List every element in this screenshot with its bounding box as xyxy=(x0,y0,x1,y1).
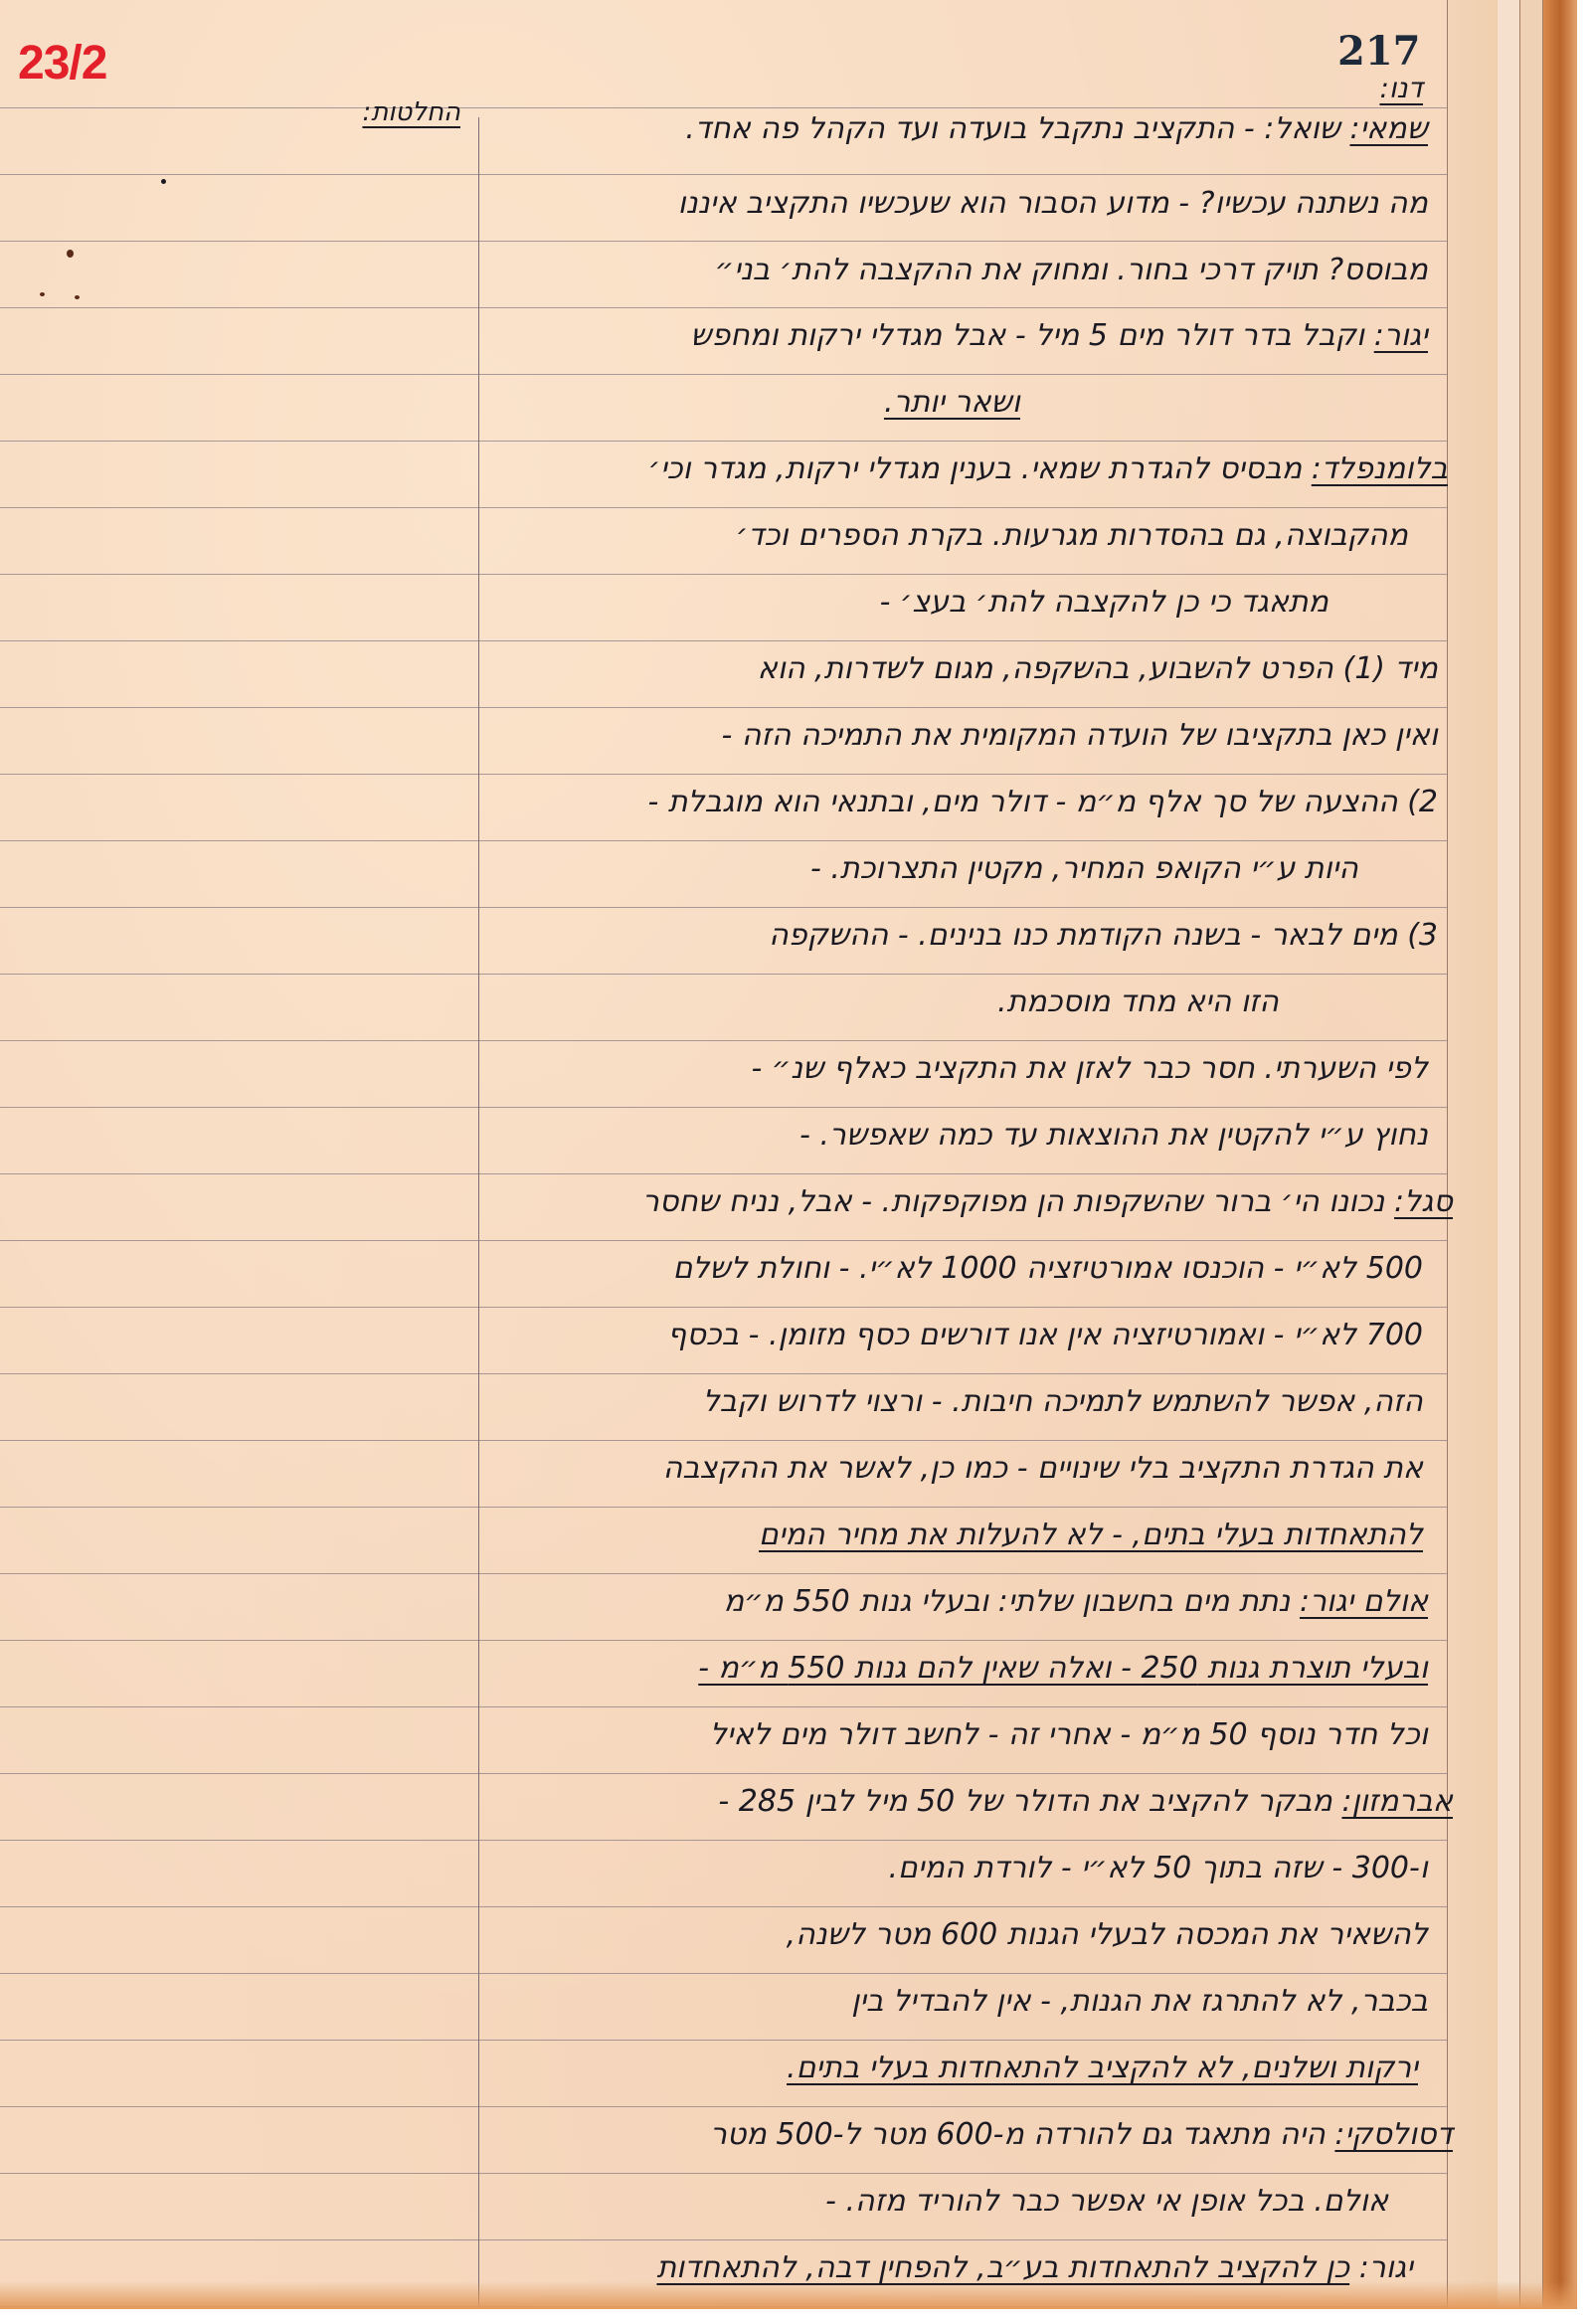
minutes-line: 2) ההצעה של סך אלף מ״מ - דולר מים, ובתנא… xyxy=(648,788,1438,817)
minutes-line: את הגדרת התקציב בלי שינויים - כמו כן, לא… xyxy=(663,1454,1423,1484)
minutes-line: מתאגד כי כן להקצבה להת׳ בעצ׳ - xyxy=(880,588,1328,618)
ruled-line xyxy=(0,307,1447,308)
speaker-name: יגור: xyxy=(1374,318,1428,353)
ruled-line xyxy=(0,707,1447,708)
speaker-name: יגור: xyxy=(1359,2250,1413,2285)
ruled-line xyxy=(0,1573,1447,1574)
ruled-line xyxy=(0,441,1447,442)
line-text: היה מתאגד גם להורדה מ-600 מטר ל-500 מטר xyxy=(710,2117,1326,2152)
ink-spot xyxy=(67,250,74,258)
minutes-line: ושאר יותר. xyxy=(884,388,1020,418)
line-text: 700 לא״י - ואמורטיזציה אין אנו דורשים כס… xyxy=(667,1318,1423,1352)
line-text: 500 לא״י - הוכנסו אמורטיזציה 1000 לא״י. … xyxy=(673,1251,1423,1286)
speaker-name: אולם יגור: xyxy=(1300,1584,1428,1619)
line-text: 2) ההצעה של סך אלף מ״מ - דולר מים, ובתנא… xyxy=(648,785,1438,819)
speaker-name: בלומנפלד: xyxy=(1312,451,1448,486)
speaker-name: דסולסקי: xyxy=(1334,2117,1453,2152)
ruled-line xyxy=(0,1773,1447,1774)
minutes-line: אולם יגור: נתת מים בחשבון שלתי: ובעלי גנ… xyxy=(724,1587,1428,1617)
minutes-line: 3) מים לבאר - בשנה הקודמת כנו בנינים. - … xyxy=(769,921,1438,951)
line-text: היות ע״י הקואפ המחיר, מקטין התצרוכת. - xyxy=(810,851,1358,886)
binding-strip xyxy=(1447,0,1499,2309)
line-text: הזו היא מחד מוסכמת. xyxy=(997,984,1279,1019)
line-text: נתת מים בחשבון שלתי: ובעלי גנות 550 מ״מ xyxy=(724,1584,1291,1619)
ruled-line xyxy=(0,840,1447,841)
line-text: ו-300 - שזה בתוך 50 לא״י - לורדת המים. xyxy=(888,1851,1428,1885)
minutes-line: להתאחדות בעלי בתים, - לא להעלות את מחיר … xyxy=(759,1520,1423,1550)
margin-line xyxy=(478,117,479,2309)
page-bottom-edge xyxy=(0,2281,1577,2309)
line-text: מבקר להקציב את הדולר של 50 מיל לבין 285 … xyxy=(718,1784,1331,1819)
minutes-line: 500 לא״י - הוכנסו אמורטיזציה 1000 לא״י. … xyxy=(673,1254,1423,1284)
line-text: וקבל בדר דולר מים 5 מיל - אבל מגדלי ירקו… xyxy=(690,318,1364,353)
line-text: את הגדרת התקציב בלי שינויים - כמו כן, לא… xyxy=(663,1451,1423,1486)
ruled-line xyxy=(0,1906,1447,1907)
minutes-line: מה נשתנה עכשיו? - מדוע הסבור הוא שעכשיו … xyxy=(678,189,1428,219)
line-text: נחוץ ע״י להקטין את ההוצאות עד כמה שאפשר.… xyxy=(799,1118,1428,1153)
minutes-line: דסולסקי: היה מתאגד גם להורדה מ-600 מטר ל… xyxy=(710,2120,1453,2150)
line-text: בכבר, לא להתרגז את הגנות, - אין להבדיל ב… xyxy=(851,1984,1428,2019)
minutes-line: ואין כאן בתקציבו של הועדה המקומית את התמ… xyxy=(721,721,1438,751)
ink-spot xyxy=(161,179,166,184)
notebook-page: 23/2 217 דנו: החלטות: שמאי: שואל: - התקצ… xyxy=(0,0,1577,2309)
minutes-line: יגור: וקבל בדר דולר מים 5 מיל - אבל מגדל… xyxy=(690,321,1428,351)
ruled-line xyxy=(0,241,1447,242)
minutes-line: מהקבוצה, גם בהסדרות מגרעות. בקרת הספרים … xyxy=(736,521,1408,551)
minutes-line: יגור: כן להקציב להתאחדות בע״ב, להפחין דב… xyxy=(656,2253,1413,2283)
ruled-line xyxy=(0,1440,1447,1441)
ruled-line xyxy=(0,1240,1447,1241)
line-text: מתאגד כי כן להקצבה להת׳ בעצ׳ - xyxy=(880,585,1328,620)
minutes-line: בכבר, לא להתרגז את הגנות, - אין להבדיל ב… xyxy=(851,1987,1428,2017)
ruled-line xyxy=(0,1973,1447,1974)
minutes-line: ובעלי תוצרת גנות 250 - ואלה שאין להם גנו… xyxy=(698,1654,1428,1684)
line-text: לפי השערתי. חסר כבר לאזן את התקציב כאלף … xyxy=(752,1051,1428,1086)
ruled-line xyxy=(0,174,1447,175)
line-text: מהקבוצה, גם בהסדרות מגרעות. בקרת הספרים … xyxy=(736,518,1408,553)
minutes-line: אברמזון: מבקר להקציב את הדולר של 50 מיל … xyxy=(718,1787,1453,1817)
speaker-name: אברמזון: xyxy=(1341,1784,1453,1819)
minutes-line: בלומנפלד: מבסיס להגדרת שמאי. בענין מגדלי… xyxy=(648,454,1448,484)
minutes-line: הזה, אפשר להשתמש לתמיכה חיבות. - ורצוי ל… xyxy=(703,1387,1423,1417)
ruled-line xyxy=(0,574,1447,575)
ruled-line xyxy=(0,1373,1447,1374)
ruled-line xyxy=(0,907,1447,908)
line-text: 3) מים לבאר - בשנה הקודמת כנו בנינים. - … xyxy=(769,918,1438,953)
speaker-name: סגל: xyxy=(1394,1184,1453,1219)
minutes-line: אולם. בכל אופן אי אפשר כבר להוריד מזה. - xyxy=(825,2187,1388,2217)
decisions-label: החלטות: xyxy=(362,99,460,125)
ruled-line xyxy=(0,1307,1447,1308)
minutes-line: מיד (1) הפרט להשבוע, בהשקפה, מגום לשדרות… xyxy=(758,654,1438,684)
minutes-line: נחוץ ע״י להקטין את ההוצאות עד כמה שאפשר.… xyxy=(799,1121,1428,1151)
ruled-line xyxy=(0,2106,1447,2107)
minutes-line: סגל: נכונו הי׳ ברור שהשקפות הן מפוקפקות.… xyxy=(642,1187,1453,1217)
line-text: מבוסס? תויק דרכי בחור. ומחוק את ההקצבה ל… xyxy=(715,253,1428,287)
line-text: נכונו הי׳ ברור שהשקפות הן מפוקפקות. - אב… xyxy=(642,1184,1384,1219)
line-text: אולם. בכל אופן אי אפשר כבר להוריד מזה. - xyxy=(825,2184,1388,2219)
ruled-line xyxy=(0,1840,1447,1841)
ruled-line xyxy=(0,774,1447,775)
line-text: שואל: - התקציב נתקבל בועדה ועד הקהל פה א… xyxy=(685,111,1340,146)
binding-edge xyxy=(1543,0,1577,2309)
minutes-line: 700 לא״י - ואמורטיזציה אין אנו דורשים כס… xyxy=(667,1321,1423,1350)
line-text: הזה, אפשר להשתמש לתמיכה חיבות. - ורצוי ל… xyxy=(703,1384,1423,1419)
minutes-line: מבוסס? תויק דרכי בחור. ומחוק את ההקצבה ל… xyxy=(715,256,1428,285)
speaker-name: שמאי: xyxy=(1349,111,1428,146)
ruled-line xyxy=(0,1107,1447,1108)
ruled-line xyxy=(0,1040,1447,1041)
line-text: מה נשתנה עכשיו? - מדוע הסבור הוא שעכשיו … xyxy=(678,186,1428,221)
line-text: ושאר יותר. xyxy=(884,385,1020,420)
ruled-line xyxy=(0,974,1447,975)
line-text: מיד (1) הפרט להשבוע, בהשקפה, מגום לשדרות… xyxy=(758,651,1438,686)
minutes-line: לפי השערתי. חסר כבר לאזן את התקציב כאלף … xyxy=(752,1054,1428,1084)
ruled-line xyxy=(0,2173,1447,2174)
minutes-line: שמאי: שואל: - התקציב נתקבל בועדה ועד הקה… xyxy=(685,114,1428,144)
ruled-line xyxy=(0,107,1447,108)
ruled-line xyxy=(0,2239,1447,2240)
line-text: ואין כאן בתקציבו של הועדה המקומית את התמ… xyxy=(721,718,1438,753)
line-text: וכל חדר נוסף 50 מ״מ - אחרי זה - לחשב דול… xyxy=(710,1717,1428,1752)
ruled-line xyxy=(0,2040,1447,2041)
minutes-line: ו-300 - שזה בתוך 50 לא״י - לורדת המים. xyxy=(888,1854,1428,1883)
line-text: מבסיס להגדרת שמאי. בענין מגדלי ירקות, מג… xyxy=(648,451,1303,486)
ruled-line xyxy=(0,1173,1447,1174)
ruled-line xyxy=(0,1640,1447,1641)
archive-label: 23/2 xyxy=(18,36,106,90)
minutes-line: היות ע״י הקואפ המחיר, מקטין התצרוכת. - xyxy=(810,854,1358,884)
minutes-line: להשאיר את המכסה לבעלי הגנות 600 מטר לשנה… xyxy=(787,1920,1428,1950)
minutes-line: ירקות ושלנים, לא להקציב להתאחדות בעלי בת… xyxy=(787,2054,1418,2083)
ruled-line xyxy=(0,1507,1447,1508)
line-text: להתאחדות בעלי בתים, - לא להעלות את מחיר … xyxy=(759,1518,1423,1552)
line-text: ירקות ושלנים, לא להקציב להתאחדות בעלי בת… xyxy=(787,2051,1418,2085)
line-text: ובעלי תוצרת גנות 250 - ואלה שאין להם גנו… xyxy=(698,1651,1428,1686)
binding-strip xyxy=(1520,0,1543,2309)
ruled-line xyxy=(0,374,1447,375)
ink-spot xyxy=(75,295,80,299)
ink-spot xyxy=(40,292,45,296)
line-text: כן להקציב להתאחדות בע״ב, להפחין דבה, להת… xyxy=(656,2250,1349,2285)
minutes-line: הזו היא מחד מוסכמת. xyxy=(997,987,1279,1017)
ruled-line xyxy=(0,1706,1447,1707)
discussed-label: דנו: xyxy=(1379,75,1423,102)
binding-strip xyxy=(1498,0,1520,2309)
line-text: להשאיר את המכסה לבעלי הגנות 600 מטר לשנה… xyxy=(787,1917,1428,1952)
page-number: 217 xyxy=(1337,28,1421,75)
ruled-line xyxy=(0,640,1447,641)
ruled-line xyxy=(0,507,1447,508)
minutes-line: וכל חדר נוסף 50 מ״מ - אחרי זה - לחשב דול… xyxy=(710,1720,1428,1750)
